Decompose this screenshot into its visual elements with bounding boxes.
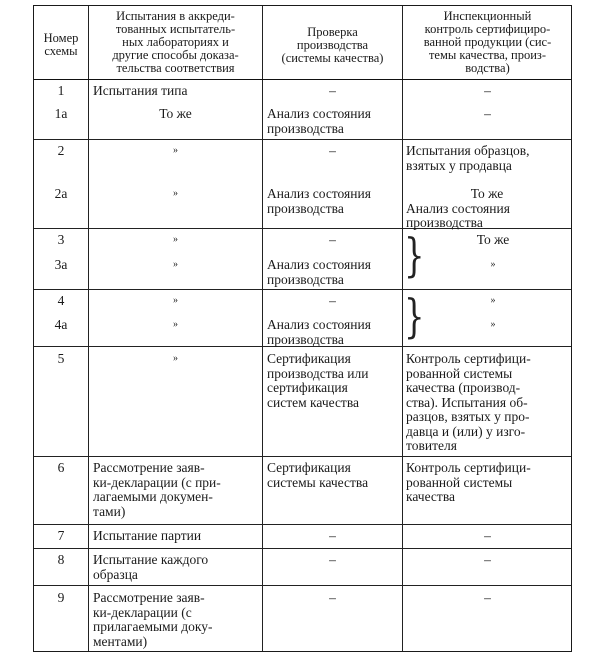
scheme-number: 3 — [34, 233, 88, 248]
testing-cell: » — [89, 318, 262, 333]
testing-cell: Рассмотрение заяв- ки-декларации (с прил… — [93, 591, 212, 649]
testing-cell: Испытания типа — [93, 84, 187, 99]
header-inspection-control: Инспекционный контроль сертифициро- ванн… — [403, 10, 572, 75]
header-line: (системы качества) — [263, 52, 402, 65]
row-divider — [34, 456, 571, 457]
cell-line: ки-декларации (с — [93, 606, 212, 621]
row-divider — [34, 289, 571, 290]
brace-icon: } — [404, 228, 424, 282]
inspection-cell: » — [414, 294, 572, 309]
cell-line: производства — [267, 202, 371, 217]
cell-line: Контроль сертифици- — [406, 352, 531, 367]
production-check-cell: Сертификация производства или сертификац… — [267, 352, 368, 410]
inspection-cell: Испытания образцов, взятых у продавца — [406, 144, 530, 173]
production-check-cell: Анализ состояния производства — [267, 258, 371, 287]
cell-line: Анализ состояния — [267, 107, 371, 122]
certification-schemes-table: Номер схемы Испытания в аккреди- тованны… — [33, 5, 572, 652]
production-check-cell: Анализ состояния производства — [267, 318, 371, 347]
inspection-cell: » — [414, 318, 572, 333]
cell-line: производства или — [267, 367, 368, 382]
inspection-cell: – — [403, 553, 572, 568]
production-check-cell: – — [263, 529, 402, 544]
cell-line-same: То же — [406, 187, 568, 202]
testing-cell: То же — [89, 107, 262, 122]
header-scheme-number: Номер схемы — [34, 32, 88, 58]
row-divider — [34, 585, 571, 586]
row-divider — [34, 139, 571, 140]
cell-line: ки-декларации (с при- — [93, 476, 221, 491]
testing-cell: Рассмотрение заяв- ки-декларации (с при-… — [93, 461, 221, 519]
cell-line: производства — [267, 273, 371, 288]
inspection-cell: – — [403, 591, 572, 606]
header-line: водства) — [403, 62, 572, 75]
production-check-cell: – — [263, 553, 402, 568]
inspection-cell: Контроль сертифици- рованной системы кач… — [406, 461, 531, 505]
testing-cell: » — [89, 187, 262, 202]
inspection-cell: – — [403, 529, 572, 544]
cell-line: систем качества — [267, 396, 368, 411]
row-divider — [34, 548, 571, 549]
row-divider — [34, 524, 571, 525]
inspection-cell: » — [414, 258, 572, 273]
scheme-number: 2а — [34, 187, 88, 202]
cell-line: рованной системы — [406, 476, 531, 491]
cell-line: товителя — [406, 439, 531, 454]
header-line: тельства соответствия — [89, 62, 262, 75]
cell-line: производства — [267, 333, 371, 348]
scheme-number: 4 — [34, 294, 88, 309]
header-line: схемы — [34, 45, 88, 58]
cell-line: Контроль сертифици- — [406, 461, 531, 476]
cell-line: Анализ состояния — [267, 318, 371, 333]
header-production-check: Проверка производства (системы качества) — [263, 26, 402, 65]
brace-icon: } — [404, 289, 424, 343]
scheme-number: 1а — [34, 107, 88, 122]
cell-line: рованной системы — [406, 367, 531, 382]
scheme-number: 8 — [34, 553, 88, 568]
cell-line: давца и (или) у изго- — [406, 425, 531, 440]
cell-line: лагаемыми докумен- — [93, 490, 221, 505]
production-check-cell: Сертификация системы качества — [267, 461, 368, 490]
cell-line: сертификация — [267, 381, 368, 396]
testing-cell: » — [89, 258, 262, 273]
testing-cell: » — [89, 233, 262, 248]
cell-line: тами) — [93, 505, 221, 520]
scheme-number: 7 — [34, 529, 88, 544]
testing-cell: » — [89, 294, 262, 309]
cell-line: Рассмотрение заяв- — [93, 591, 212, 606]
testing-cell: » — [89, 352, 262, 367]
inspection-cell: То же Анализ состояния производства — [406, 187, 572, 231]
cell-line: Сертификация — [267, 352, 368, 367]
cell-line: взятых у продавца — [406, 159, 530, 174]
scheme-number: 5 — [34, 352, 88, 367]
cell-line: производства — [267, 122, 371, 137]
production-check-cell: Анализ состояния производства — [267, 187, 371, 216]
inspection-cell: – — [403, 107, 572, 122]
cell-line: Анализ состояния — [267, 187, 371, 202]
testing-cell: » — [89, 144, 262, 159]
cell-line: ментами) — [93, 635, 212, 650]
cell-line: производства — [406, 216, 572, 231]
cell-line: качества (производ- — [406, 381, 531, 396]
cell-line: Рассмотрение заяв- — [93, 461, 221, 476]
scheme-number: 9 — [34, 591, 88, 606]
cell-line: системы качества — [267, 476, 368, 491]
production-check-cell: – — [263, 233, 402, 248]
header-lab-testing: Испытания в аккреди- тованных испытатель… — [89, 10, 262, 75]
row-divider — [34, 79, 571, 80]
production-check-cell: – — [263, 294, 402, 309]
inspection-cell: – — [403, 84, 572, 99]
production-check-cell: – — [263, 591, 402, 606]
scheme-number: 3а — [34, 258, 88, 273]
cell-line: Сертификация — [267, 461, 368, 476]
cell-line: прилагаемыми доку- — [93, 620, 212, 635]
inspection-cell: То же — [414, 233, 572, 248]
cell-line: Испытания образцов, — [406, 144, 530, 159]
scheme-number: 4а — [34, 318, 88, 333]
scheme-number: 1 — [34, 84, 88, 99]
testing-cell: Испытание партии — [93, 529, 201, 544]
cell-line: ства). Испытания об- — [406, 396, 531, 411]
cell-line: Испытание каждого — [93, 553, 208, 568]
production-check-cell: – — [263, 144, 402, 159]
testing-cell: Испытание каждого образца — [93, 553, 208, 582]
cell-line: Анализ состояния — [406, 202, 572, 217]
scheme-number: 6 — [34, 461, 88, 476]
production-check-cell: Анализ состояния производства — [267, 107, 371, 136]
cell-line: образца — [93, 568, 208, 583]
cell-line: Анализ состояния — [267, 258, 371, 273]
cell-line: качества — [406, 490, 531, 505]
inspection-cell: Контроль сертифици- рованной системы кач… — [406, 352, 531, 454]
cell-line: разцов, взятых у про- — [406, 410, 531, 425]
production-check-cell: – — [263, 84, 402, 99]
scheme-number: 2 — [34, 144, 88, 159]
